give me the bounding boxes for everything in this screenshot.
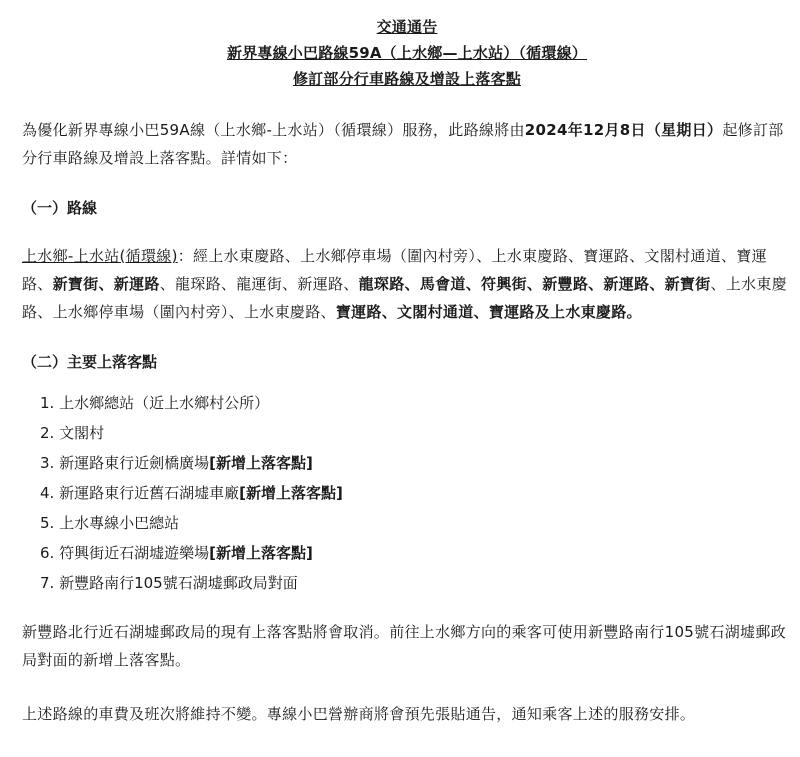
route-segment-new: 新寶街、新運路: [53, 275, 160, 293]
route-label: 上水鄉-上水站(循環線): [22, 247, 178, 265]
fare-note: 上述路線的車費及班次將維持不變。專線小巴營辦商將會預先張貼通告，通知乘客上述的服…: [22, 700, 792, 728]
route-colon: ：: [178, 247, 193, 265]
list-item: 5. 上水專線小巴總站: [40, 508, 792, 538]
stop-number: 2.: [40, 424, 54, 442]
new-stop-tag: [新增上落客點]: [209, 454, 313, 472]
new-stop-tag: [新增上落客點]: [209, 544, 313, 562]
notice-title-block: 交通通告 新界專線小巴路線59A（上水鄉—上水站）（循環線） 修訂部分行車路線及…: [22, 0, 792, 92]
list-item: 7. 新豐路南行105號石湖墟郵政局對面: [40, 568, 792, 598]
route-segment-new: 龍琛路、馬會道、符興街、新豐路、新運路、新寶街: [359, 275, 711, 293]
stop-number: 3.: [40, 454, 54, 472]
intro-prefix: 為優化新界專線小巴59A線（上水鄉-上水站）（循環線）服務，此路線將由: [22, 121, 525, 139]
traffic-notice-document: 交通通告 新界專線小巴路線59A（上水鄉—上水站）（循環線） 修訂部分行車路線及…: [22, 0, 792, 728]
stop-number: 1.: [40, 394, 54, 412]
stop-name: 符興街近石湖墟遊樂場: [59, 544, 209, 562]
stop-number: 5.: [40, 514, 54, 532]
effective-date: 2024年12月8日（星期日）: [525, 121, 723, 139]
stops-list: 1. 上水鄉總站（近上水鄉村公所） 2. 文閣村 3. 新運路東行近劍橋廣場[新…: [22, 388, 792, 598]
stop-number: 6.: [40, 544, 54, 562]
route-title: 新界專線小巴路線59A（上水鄉—上水站）（循環線）: [22, 40, 792, 66]
list-item: 4. 新運路東行近舊石湖墟車廠[新增上落客點]: [40, 478, 792, 508]
stop-name: 上水專線小巴總站: [59, 514, 179, 532]
change-title: 修訂部分行車路線及增設上落客點: [22, 66, 792, 92]
cancellation-note: 新豐路北行近石湖墟郵政局的現有上落客點將會取消。前往上水鄉方向的乘客可使用新豐路…: [22, 618, 792, 674]
intro-paragraph: 為優化新界專線小巴59A線（上水鄉-上水站）（循環線）服務，此路線將由2024年…: [22, 116, 792, 172]
section-route-heading: （一）路線: [22, 194, 792, 222]
list-item: 2. 文閣村: [40, 418, 792, 448]
stop-name: 新運路東行近劍橋廣場: [59, 454, 209, 472]
new-stop-tag: [新增上落客點]: [239, 484, 343, 502]
stop-number: 7.: [40, 574, 54, 592]
list-item: 3. 新運路東行近劍橋廣場[新增上落客點]: [40, 448, 792, 478]
stop-name: 文閣村: [59, 424, 104, 442]
stop-name: 新運路東行近舊石湖墟車廠: [59, 484, 239, 502]
section-stops-heading: （二）主要上落客點: [22, 348, 792, 376]
route-segment: 、龍琛路、龍運街、新運路、: [160, 275, 359, 293]
route-description: 上水鄉-上水站(循環線)：經上水東慶路、上水鄉停車場（圍內村旁）、上水東慶路、寶…: [22, 242, 792, 326]
list-item: 1. 上水鄉總站（近上水鄉村公所）: [40, 388, 792, 418]
notice-title: 交通通告: [22, 14, 792, 40]
route-segment-new: 寶運路、文閣村通道、寶運路及上水東慶路。: [336, 303, 642, 321]
list-item: 6. 符興街近石湖墟遊樂場[新增上落客點]: [40, 538, 792, 568]
stop-name: 上水鄉總站（近上水鄉村公所）: [59, 394, 269, 412]
stop-name: 新豐路南行105號石湖墟郵政局對面: [59, 574, 298, 592]
stop-number: 4.: [40, 484, 54, 502]
